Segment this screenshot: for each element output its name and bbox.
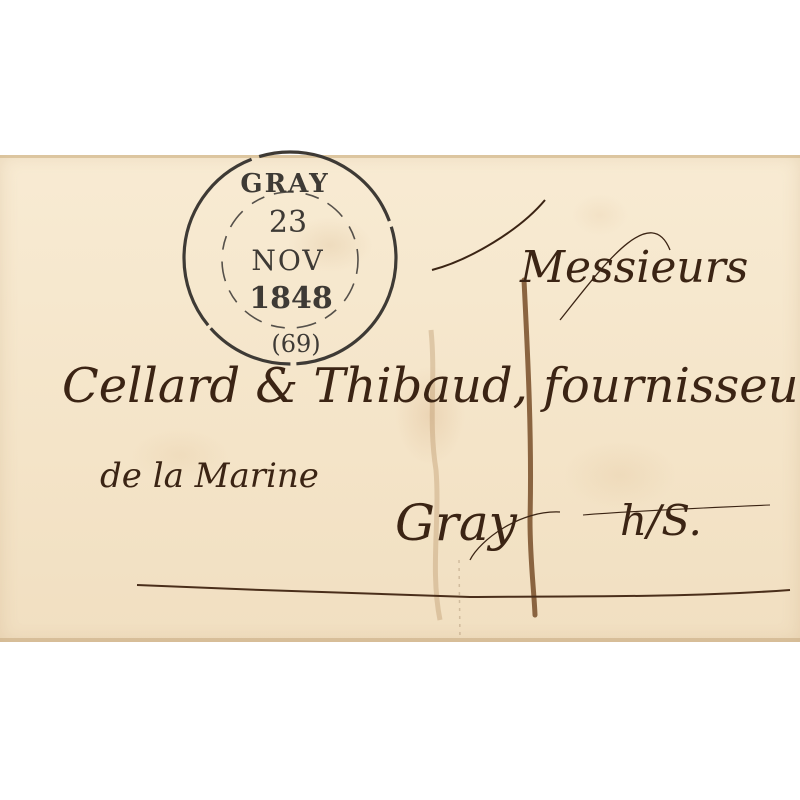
postmark-department: (69) xyxy=(271,330,320,358)
address-region: h/S. xyxy=(620,496,702,545)
postmark-day: 23 xyxy=(269,205,307,240)
postmark-town: GRAY xyxy=(240,169,329,199)
fold-mark xyxy=(459,560,460,640)
address-city: Gray xyxy=(395,494,518,552)
salutation: Messieurs xyxy=(519,242,748,293)
address-underline xyxy=(137,585,790,597)
postmark-month: NOV xyxy=(251,244,324,277)
postmark-year: 1848 xyxy=(249,281,333,316)
address-line-1: Cellard & Thibaud, fournisseurs xyxy=(62,358,800,414)
address-line-2: de la Marine xyxy=(100,456,319,496)
postmark: GRAY 23 NOV 1848 (69) xyxy=(184,152,396,364)
vertical-ink-stroke xyxy=(524,280,535,615)
letter-markings: GRAY 23 NOV 1848 (69) Messieurs Cellard … xyxy=(0,0,800,800)
